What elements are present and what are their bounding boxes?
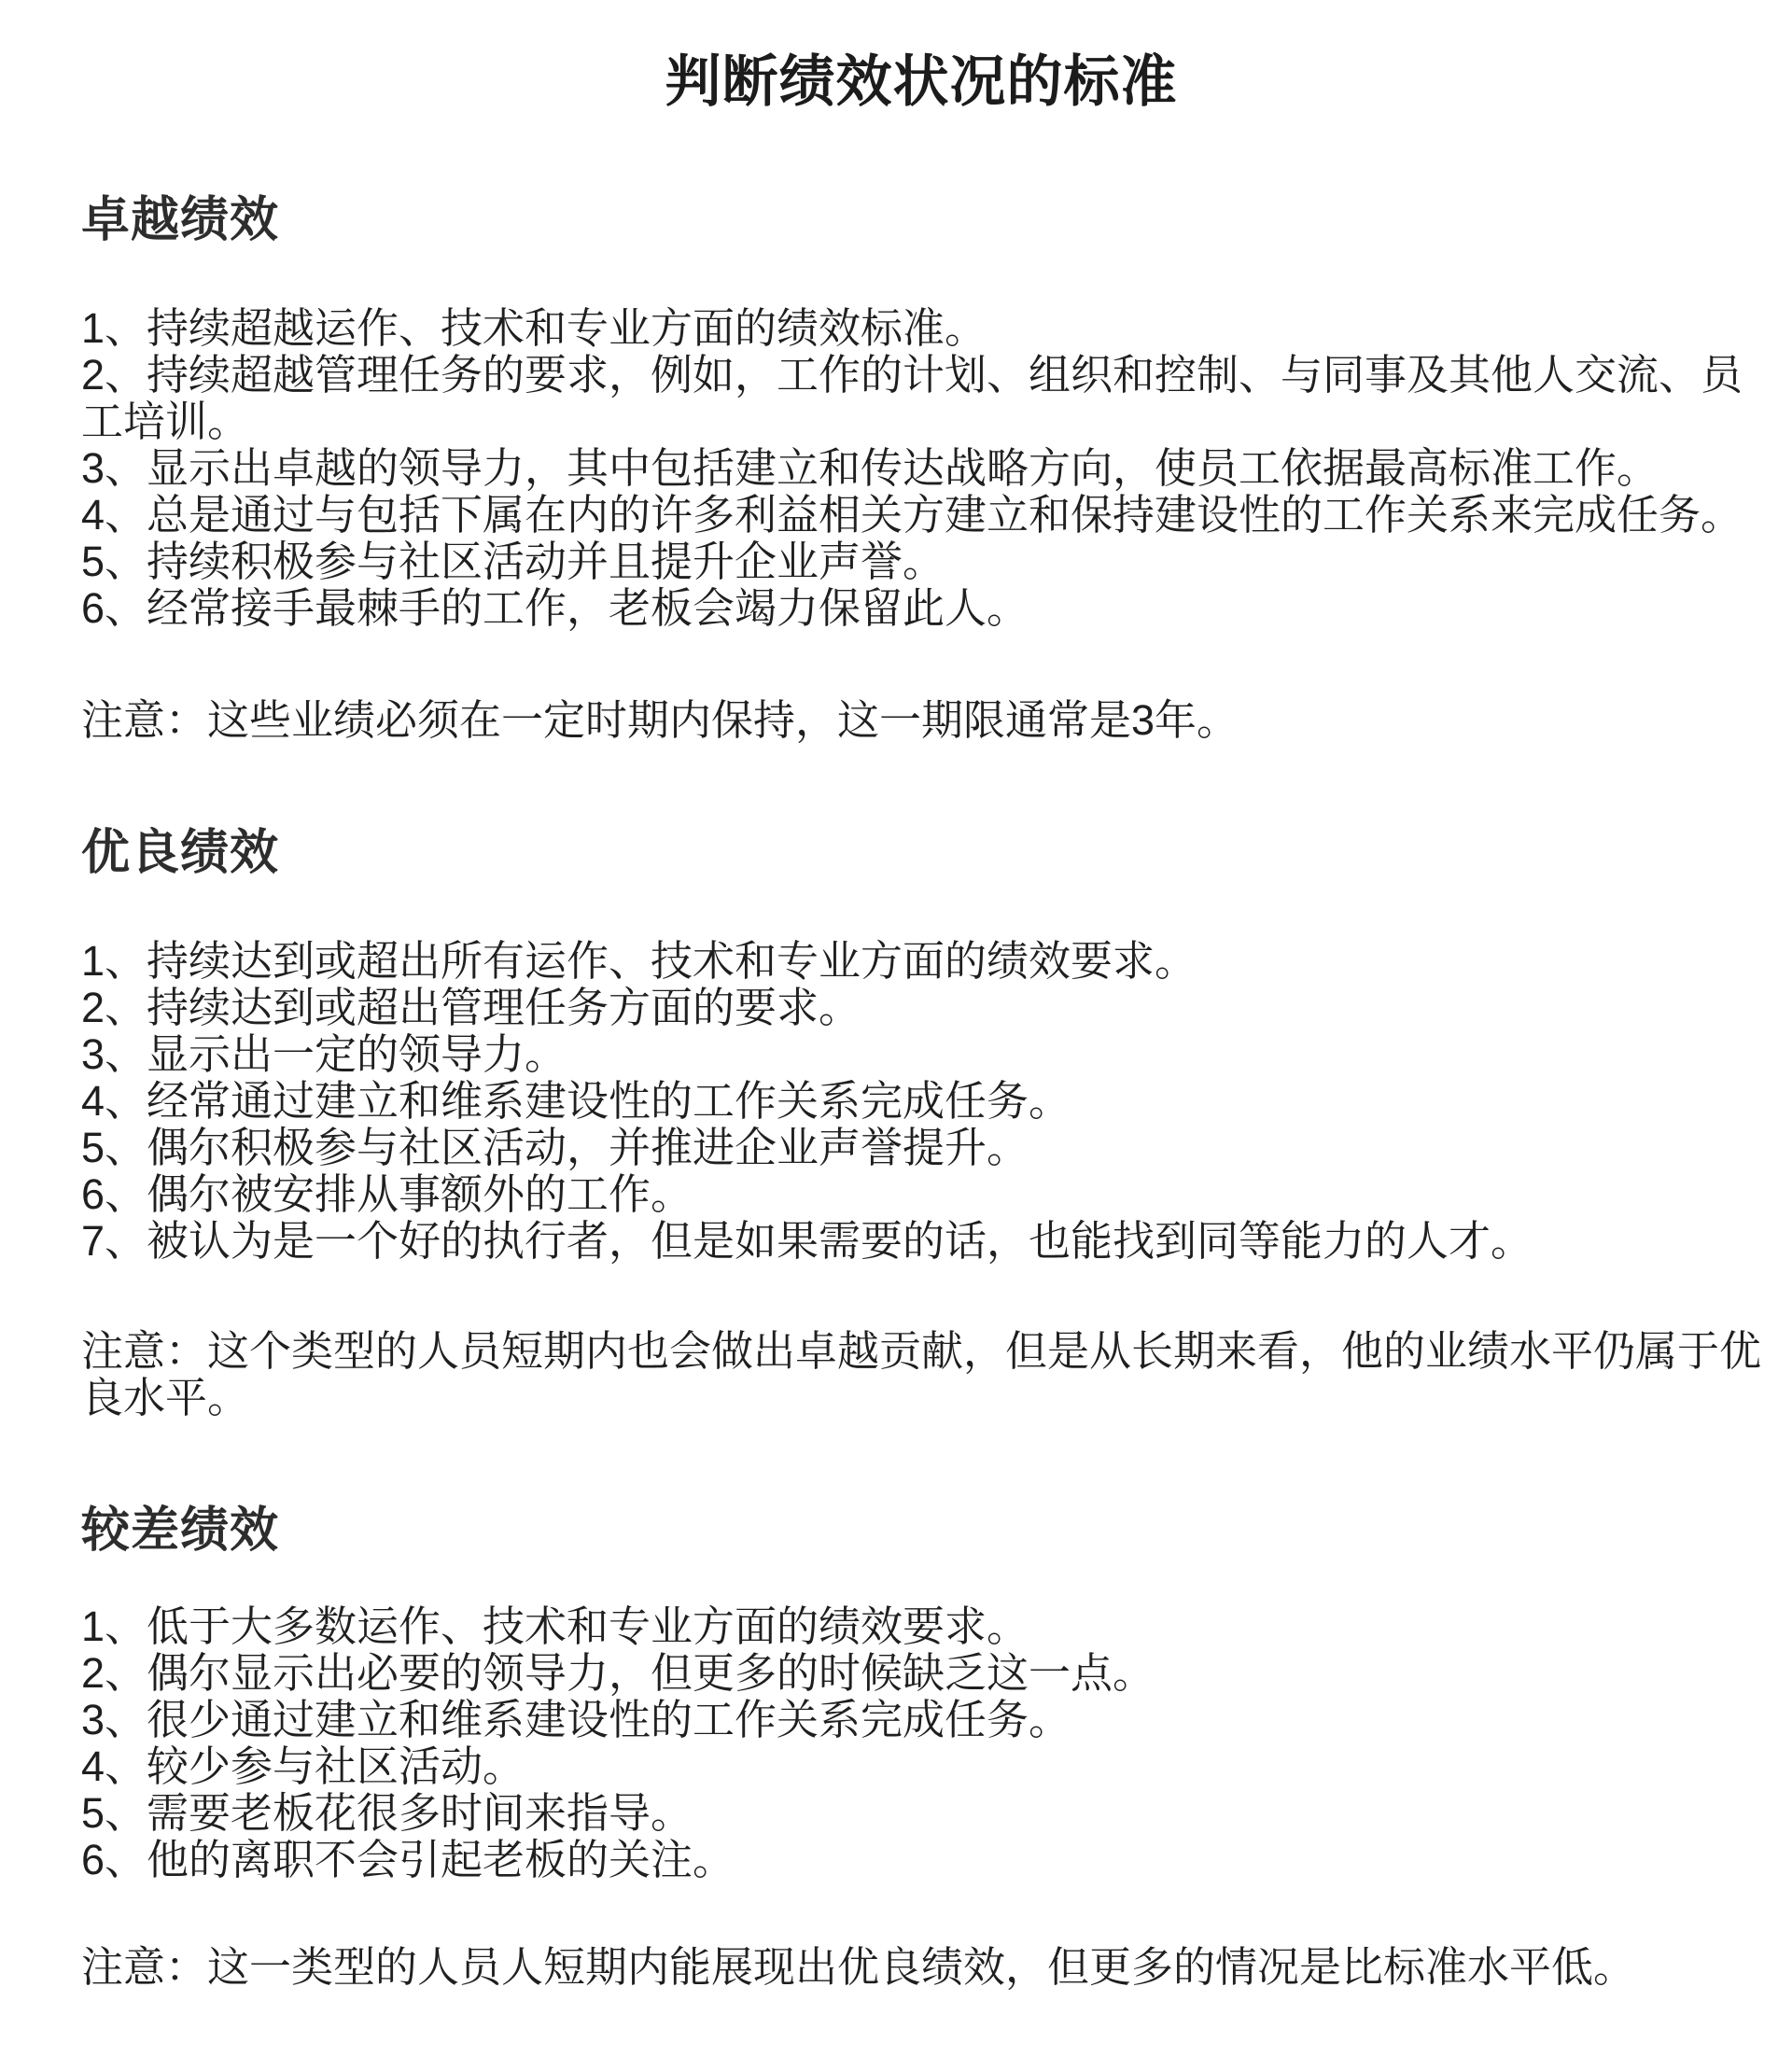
list-item: 7、被认为是一个好的执行者，但是如果需要的话，也能找到同等能力的人才。	[81, 1218, 1761, 1265]
section-note-excellent: 注意：这些业绩必须在一定时期内保持，这一期限通常是3年。	[81, 697, 1761, 744]
section-note-good: 注意：这个类型的人员短期内也会做出卓越贡献，但是从长期来看，他的业绩水平仍属于优…	[81, 1328, 1761, 1421]
list-item: 4、经常通过建立和维系建设性的工作关系完成任务。	[81, 1078, 1761, 1125]
list-item: 2、持续达到或超出管理任务方面的要求。	[81, 985, 1761, 1031]
list-item: 1、低于大多数运作、技术和专业方面的绩效要求。	[81, 1603, 1761, 1650]
list-item: 2、偶尔显示出必要的领导力，但更多的时候缺乏这一点。	[81, 1650, 1761, 1697]
section-excellent: 卓越绩效 1、持续超越运作、技术和专业方面的绩效标准。 2、持续超越管理任务的要…	[81, 190, 1761, 744]
criteria-list-excellent: 1、持续超越运作、技术和专业方面的绩效标准。 2、持续超越管理任务的要求，例如，…	[81, 305, 1761, 632]
list-item: 4、总是通过与包括下属在内的许多利益相关方建立和保持建设性的工作关系来完成任务。	[81, 492, 1761, 539]
section-heading-excellent: 卓越绩效	[81, 190, 1761, 251]
list-item: 5、持续积极参与社区活动并且提升企业声誉。	[81, 539, 1761, 585]
list-item: 4、较少参与社区活动。	[81, 1743, 1761, 1790]
list-item: 1、持续超越运作、技术和专业方面的绩效标准。	[81, 305, 1761, 352]
list-item: 6、他的离职不会引起老板的关注。	[81, 1837, 1761, 1883]
list-item: 6、经常接手最棘手的工作，老板会竭力保留此人。	[81, 585, 1761, 632]
criteria-list-good: 1、持续达到或超出所有运作、技术和专业方面的绩效要求。 2、持续达到或超出管理任…	[81, 938, 1761, 1265]
section-note-poor: 注意：这一类型的人员人短期内能展现出优良绩效，但更多的情况是比标准水平低。	[81, 1944, 1761, 1991]
section-heading-poor: 较差绩效	[81, 1501, 1761, 1561]
page-title: 判断绩效状况的标准	[81, 49, 1761, 116]
section-poor: 较差绩效 1、低于大多数运作、技术和专业方面的绩效要求。 2、偶尔显示出必要的领…	[81, 1501, 1761, 1991]
list-item: 5、需要老板花很多时间来指导。	[81, 1790, 1761, 1837]
list-item: 3、很少通过建立和维系建设性的工作关系完成任务。	[81, 1697, 1761, 1743]
list-item: 1、持续达到或超出所有运作、技术和专业方面的绩效要求。	[81, 938, 1761, 985]
list-item: 5、偶尔积极参与社区活动，并推进企业声誉提升。	[81, 1125, 1761, 1171]
list-item: 6、偶尔被安排从事额外的工作。	[81, 1171, 1761, 1218]
list-item: 3、显示出卓越的领导力，其中包括建立和传达战略方向，使员工依据最高标准工作。	[81, 445, 1761, 492]
document-page: 判断绩效状况的标准 卓越绩效 1、持续超越运作、技术和专业方面的绩效标准。 2、…	[0, 0, 1792, 2057]
section-good: 优良绩效 1、持续达到或超出所有运作、技术和专业方面的绩效要求。 2、持续达到或…	[81, 823, 1761, 1421]
criteria-list-poor: 1、低于大多数运作、技术和专业方面的绩效要求。 2、偶尔显示出必要的领导力，但更…	[81, 1603, 1761, 1883]
list-item: 2、持续超越管理任务的要求，例如，工作的计划、组织和控制、与同事及其他人交流、员…	[81, 352, 1761, 445]
list-item: 3、显示出一定的领导力。	[81, 1031, 1761, 1078]
section-heading-good: 优良绩效	[81, 823, 1761, 884]
